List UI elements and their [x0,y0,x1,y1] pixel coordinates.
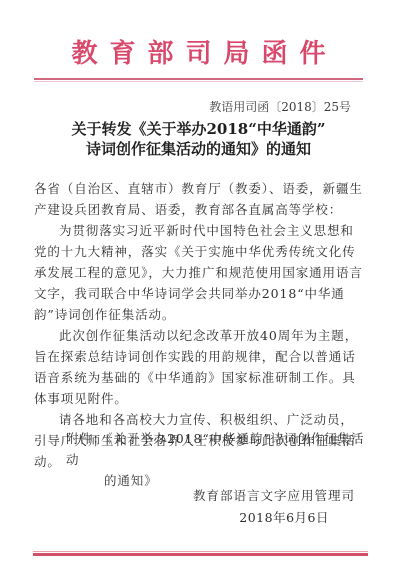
title-line-1: 关于转发《关于举办2018“中华通韵” [0,119,397,139]
addressee: 各省（自治区、直辖市）教育厅（教委）、语委，新疆生产建设兵团教育局、语委，教育部… [34,178,366,220]
footer-red-rule [33,553,368,556]
document-number: 教语用司函〔2018〕25号 [209,98,351,115]
document-title: 关于转发《关于举办2018“中华通韵” 诗词创作征集活动的通知》的通知 [0,119,397,159]
title-line-2: 诗词创作征集活动的通知》的通知 [0,139,397,159]
signer: 教育部语言文字应用管理司 [193,486,355,504]
header-red-rule [34,78,363,80]
issue-date: 2018年6月6日 [239,508,329,526]
attachment-line-1: 附件：《关于举办2018“中华通韵”诗词创作征集活动 [66,428,366,470]
body-paragraph: 为贯彻落实习近平新时代中国特色社会主义思想和党的十九大精神，落实《关于实施中华优… [34,220,366,325]
document-header-title: 教育部司局函件 [0,33,397,70]
attachment-note: 附件：《关于举办2018“中华通韵”诗词创作征集活动 的通知》 [66,428,366,491]
header-red-rule-thin [34,81,363,82]
body-paragraph: 此次创作征集活动以纪念改革开放40周年为主题，旨在探索总结诗词创作实践的用韵规律… [34,325,366,409]
footer-red-rule-thin [33,551,368,552]
